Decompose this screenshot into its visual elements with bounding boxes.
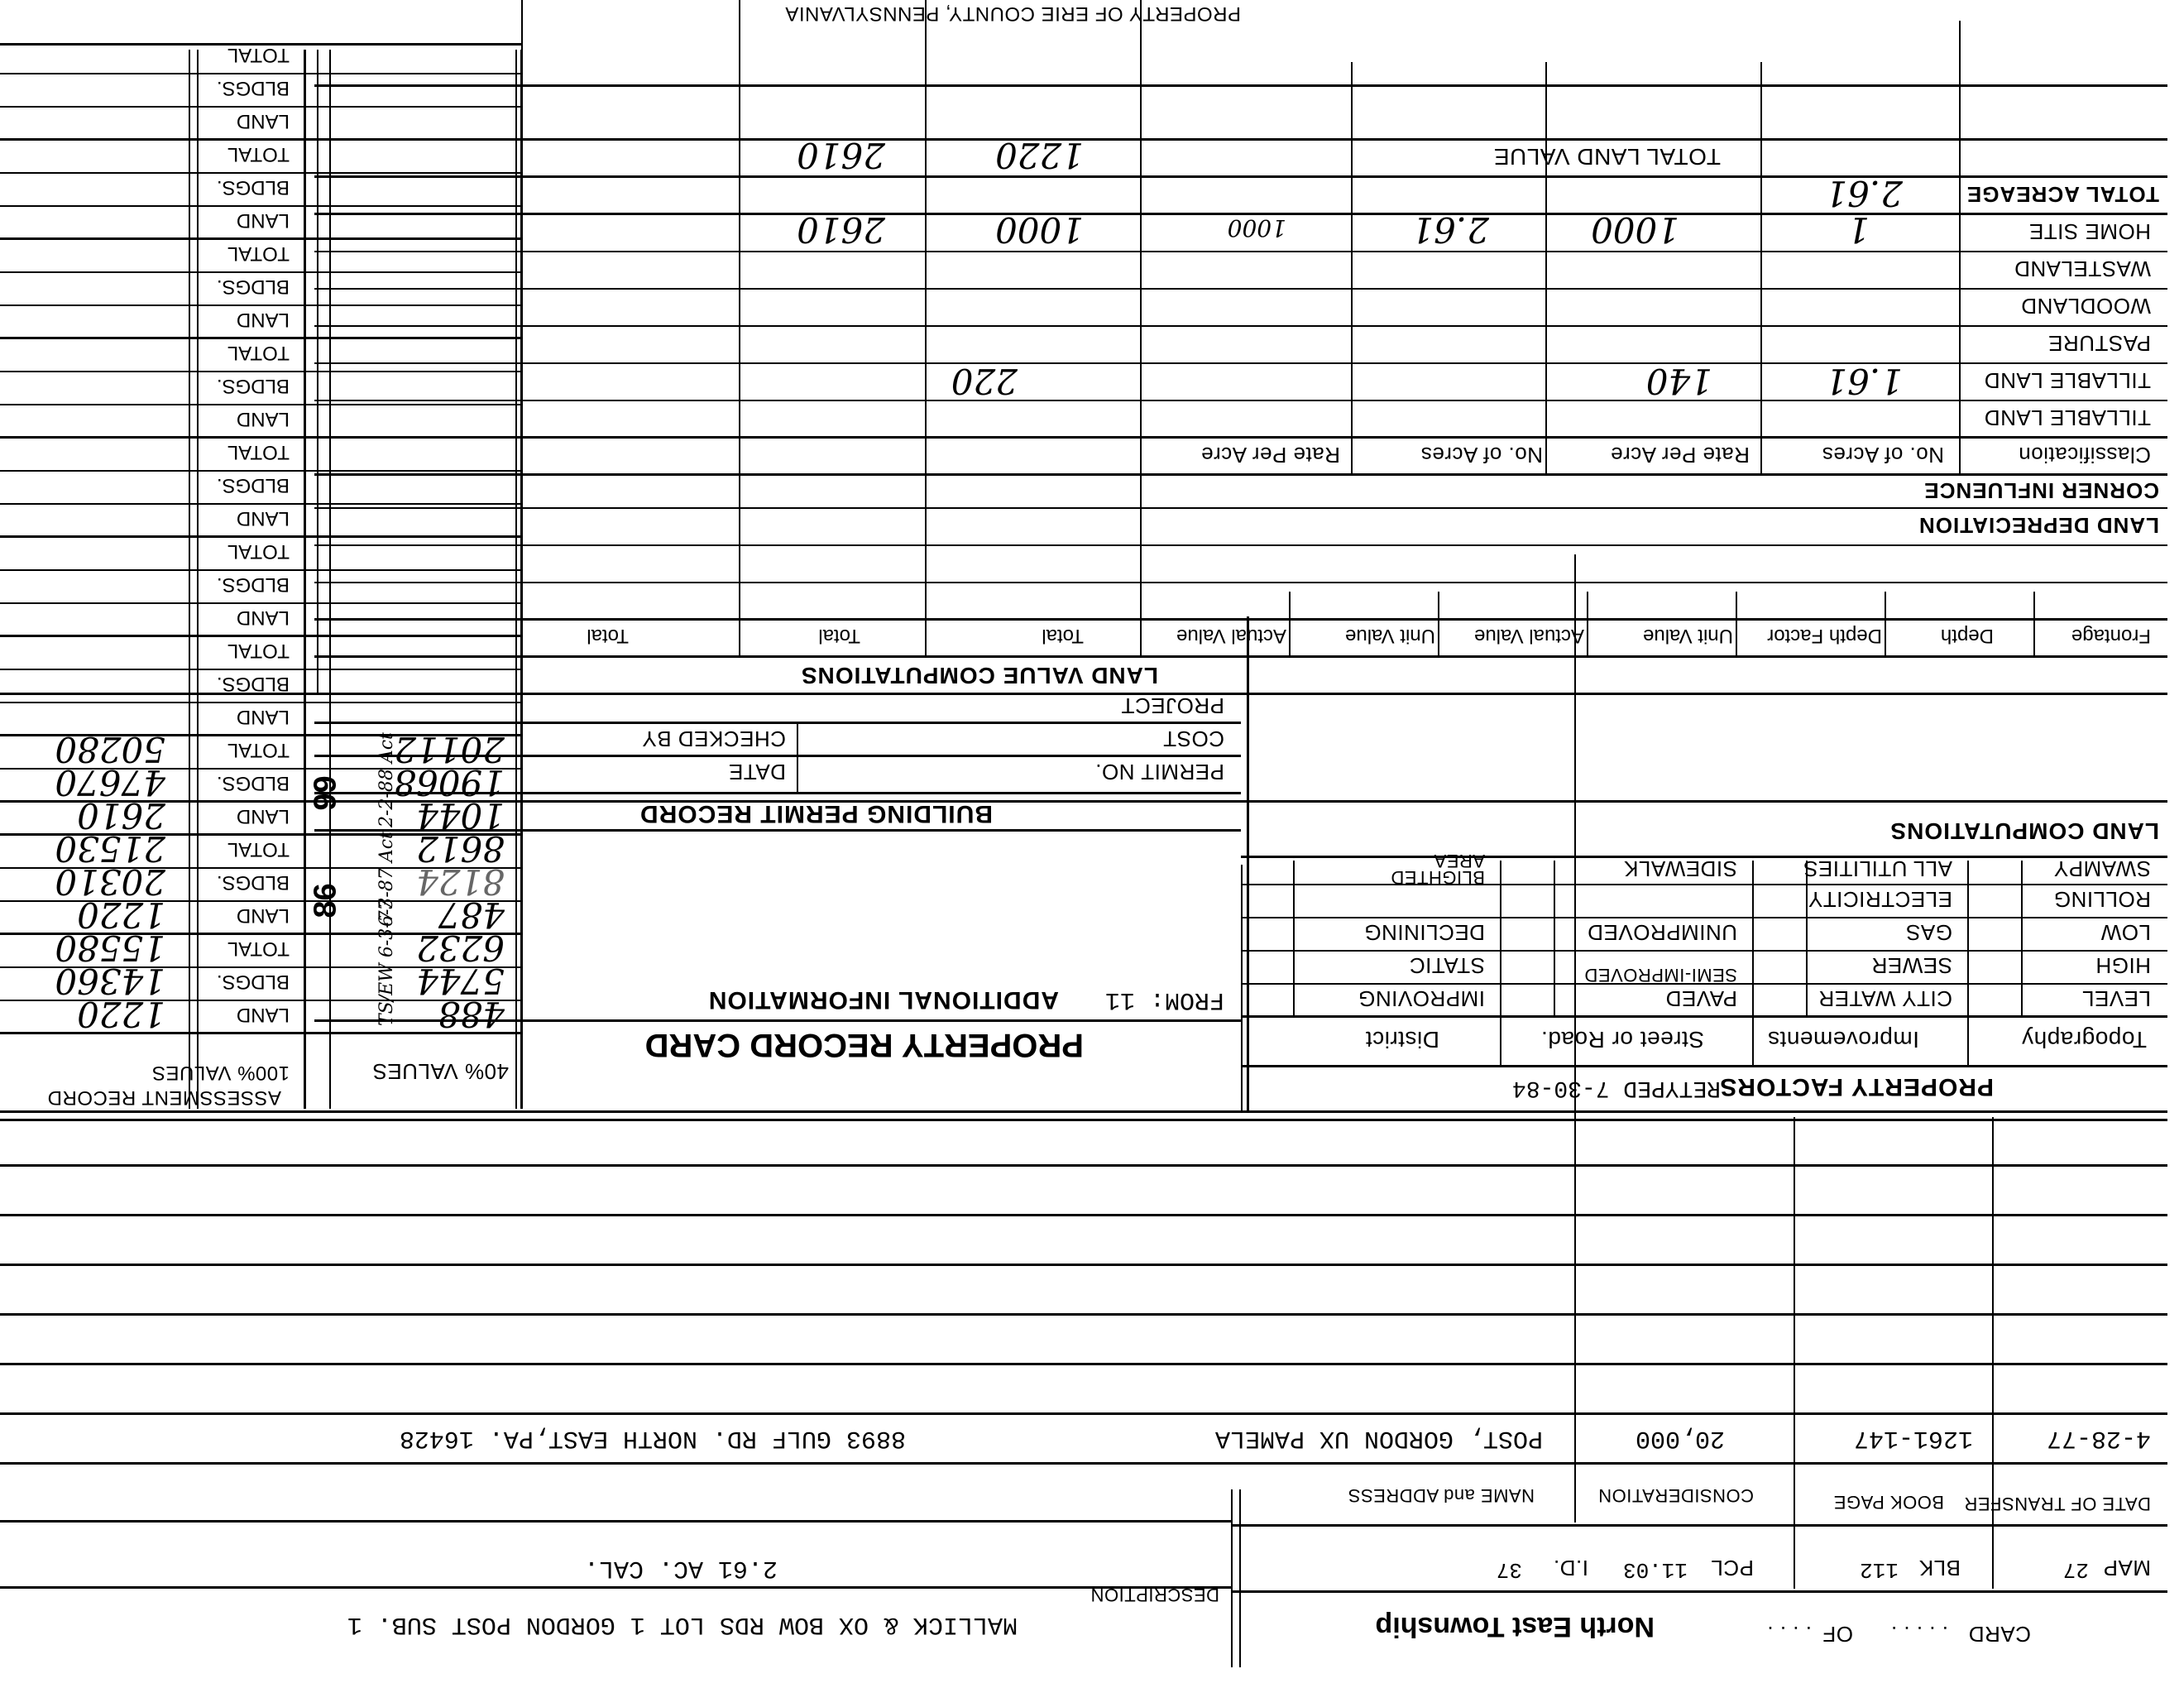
corner-influence-label: CORNER INFLUENCE	[1923, 477, 2159, 503]
imp-gas[interactable]: GAS	[1906, 919, 1952, 945]
form-title: PROPERTY RECORD CARD	[645, 1026, 1084, 1063]
land-value-computations-title: LAND VALUE COMPUTATIONS	[801, 662, 1158, 688]
pcl-value: 11.03	[1623, 1557, 1688, 1582]
blk-label: BLK	[1918, 1555, 1961, 1580]
map-label: MAP	[2103, 1555, 2151, 1580]
row-label-total: TOTAL	[227, 639, 290, 662]
topo-rolling[interactable]: ROLLING	[2053, 886, 2151, 912]
imp-electricity[interactable]: ELECTRICITY	[1808, 886, 1952, 912]
actual-value-header-2: Actual Value	[1176, 624, 1286, 647]
property-record-card: PROPERTY OF ERIE COUNTY, PENNSYLVANIA CA…	[0, 0, 2184, 1688]
row-label-bldgs: BLDGS.	[217, 374, 290, 397]
row-label-land: LAND	[237, 904, 290, 927]
district-improving[interactable]: IMPROVING	[1358, 985, 1485, 1011]
row-label-bldgs: BLDGS.	[217, 870, 290, 894]
g2-stamp: 86	[308, 883, 343, 918]
map-value: 27	[2063, 1557, 2089, 1582]
rate-header-1: Rate Per Acre	[1611, 442, 1750, 468]
pcl-label: PCL	[1711, 1555, 1754, 1580]
row-label-land: LAND	[237, 1003, 290, 1026]
home-site-acres-2: 2.61	[1411, 209, 1489, 250]
row-label-total: TOTAL	[227, 937, 290, 960]
row-label-total: TOTAL	[227, 837, 290, 861]
retyped-note: RETYPED 7-30-84	[1512, 1075, 1721, 1101]
row-label-bldgs: BLDGS.	[217, 76, 290, 99]
class-home-site: HOME SITE	[2028, 218, 2151, 244]
transfer-date-header: DATE OF TRANSFER	[1964, 1494, 2151, 1513]
district-static[interactable]: STATIC	[1409, 952, 1485, 978]
factor-header-topography: Topography	[2022, 1026, 2147, 1053]
frontage-header: Frontage	[2071, 624, 2151, 647]
property-of-label: PROPERTY OF ERIE COUNTY, PENNSYLVANIA	[785, 2, 1241, 25]
transfer-address: 8893 GULF RD. NORTH EAST,PA. 16428	[400, 1424, 906, 1452]
id-label: I.D.	[1554, 1555, 1588, 1580]
depth-header: Depth	[1941, 624, 1994, 647]
transfer-date: 4-28-77	[2047, 1424, 2151, 1452]
transfer-consideration: 20,000	[1636, 1424, 1725, 1452]
row-label-bldgs: BLDGS.	[217, 771, 290, 794]
from-note: FROM: 11	[1105, 985, 1224, 1014]
acres-header-1: No. of Acres	[1822, 442, 1944, 468]
topo-low[interactable]: LOW	[2100, 919, 2151, 945]
home-site-acres: 1	[1847, 209, 1870, 250]
blk-value: 112	[1860, 1557, 1899, 1582]
actual-value-header-1: Actual Value	[1474, 624, 1584, 647]
transfer-name-header: NAME and ADDRESS	[1348, 1484, 1535, 1506]
row-label-total: TOTAL	[227, 341, 290, 364]
row-label-bldgs: BLDGS.	[217, 473, 290, 496]
id-value: 37	[1497, 1557, 1522, 1582]
topo-level[interactable]: LEVEL	[2082, 985, 2151, 1011]
of-label: OF	[1822, 1621, 1853, 1647]
additional-info-title: ADDITIONAL INFORMATION	[708, 985, 1059, 1014]
description-line2: 2.61 AC. CAL.	[584, 1554, 778, 1582]
transfer-consideration-header: CONSIDERATION	[1598, 1484, 1754, 1506]
imp-sewer[interactable]: SEWER	[1871, 952, 1952, 978]
street-sidewalk[interactable]: SIDEWALK	[1624, 856, 1737, 881]
g3-stamp: 99	[308, 775, 343, 810]
row-label-total: TOTAL	[227, 738, 290, 761]
street-paved[interactable]: PAVED	[1665, 985, 1737, 1011]
classification-header: Classification	[2019, 442, 2151, 468]
factor-header-street: Street or Road.	[1541, 1026, 1704, 1053]
topo-swampy[interactable]: SWAMPY	[2053, 856, 2151, 881]
description-line1: MALLICK & OX BOW RDS LOT 1 GORDON POST S…	[347, 1610, 1018, 1638]
row-label-total: TOTAL	[227, 539, 290, 563]
property-factors-title: PROPERTY FACTORS	[1719, 1072, 1994, 1101]
tillable-total: 220	[951, 361, 1018, 401]
row-label-total: TOTAL	[227, 43, 290, 66]
unit-value-header-2: Unit Value	[1345, 624, 1435, 647]
home-site-rate-2: 1000	[1228, 214, 1286, 242]
total-header-3: Total	[587, 624, 629, 647]
class-wasteland: WASTELAND	[2014, 256, 2151, 281]
depth-factor-header: Depth Factor	[1767, 624, 1882, 647]
home-site-rate: 1000	[1591, 209, 1679, 250]
imp-city-water[interactable]: CITY WATER	[1818, 985, 1952, 1011]
row-label-land: LAND	[237, 209, 290, 232]
class-woodland: WOODLAND	[2021, 293, 2151, 319]
row-label-total: TOTAL	[227, 440, 290, 463]
district-declining[interactable]: DECLINING	[1364, 919, 1485, 945]
total-land-value-2: 2610	[797, 135, 885, 175]
transfer-book-page: 1261-147	[1854, 1424, 1973, 1452]
permit-cost-label: COST	[1163, 726, 1224, 751]
class-tillable-1: TILLABLE LAND	[1984, 405, 2151, 430]
row-label-bldgs: BLDGS.	[217, 275, 290, 298]
row-label-bldgs: BLDGS.	[217, 970, 290, 993]
row-label-bldgs: BLDGS.	[217, 175, 290, 199]
row-label-total: TOTAL	[227, 242, 290, 265]
g3-note: 2-2-88 Act	[376, 732, 397, 827]
total-land-value-1: 1220	[995, 135, 1084, 175]
row-label-bldgs: BLDGS.	[217, 672, 290, 695]
factor-header-improvements: Improvements	[1768, 1026, 1919, 1053]
unit-value-header-1: Unit Value	[1643, 624, 1733, 647]
g2-note: 6-3-87 Act	[376, 832, 397, 927]
checked-by-label: CHECKED BY	[642, 726, 786, 751]
total-header-2: Total	[818, 624, 860, 647]
col-100-values: 100% VALUES	[152, 1061, 290, 1084]
home-site-total-1: 1000	[995, 209, 1084, 250]
township-name: North East Township	[1376, 1610, 1655, 1642]
tillable-acres: 1.61	[1825, 361, 1903, 401]
row-label-land: LAND	[237, 606, 290, 629]
total-header-1: Total	[1042, 624, 1084, 647]
building-permit-title: BUILDING PERMIT RECORD	[639, 799, 993, 827]
transfer-book-header: BOOK PAGE	[1833, 1491, 1944, 1513]
row-label-bldgs: BLDGS.	[217, 573, 290, 596]
street-unimproved[interactable]: UNIMPROVED	[1588, 919, 1737, 945]
total-acreage-label: TOTAL ACREAGE	[1966, 181, 2159, 207]
row-label-land: LAND	[237, 804, 290, 827]
row-label-land: LAND	[237, 308, 290, 331]
imp-all-utilities[interactable]: ALL UTILITIES	[1803, 856, 1952, 881]
permit-date-label: DATE	[729, 759, 786, 784]
acres-header-2: No. of Acres	[1420, 442, 1543, 468]
card-label: CARD	[1968, 1621, 2031, 1647]
land-computations-title: LAND COMPUTATIONS	[1890, 818, 2160, 844]
street-semi-improved[interactable]: SEMI-IMPROVED	[1572, 966, 1737, 983]
total-land-value-label: TOTAL LAND VALUE	[1493, 143, 1721, 170]
assessment-title: ASSESSMENT RECORD	[47, 1086, 281, 1109]
row-label-land: LAND	[237, 109, 290, 132]
rate-header-2: Rate Per Acre	[1201, 442, 1340, 468]
project-label: PROJECT	[1121, 693, 1224, 718]
class-tillable-2: TILLABLE LAND	[1984, 367, 2151, 393]
row-label-land: LAND	[237, 407, 290, 430]
land-depreciation-label: LAND DEPRECIATION	[1918, 512, 2159, 538]
topo-high[interactable]: HIGH	[2095, 952, 2151, 978]
row-label-total: TOTAL	[227, 142, 290, 165]
tillable-rate: 140	[1646, 361, 1712, 401]
home-site-total-2: 2610	[797, 209, 885, 250]
permit-no-label: PERMIT NO.	[1095, 759, 1224, 784]
factor-header-district: District	[1365, 1026, 1439, 1053]
transfer-name: POST, GORDON UX PAMELA	[1215, 1424, 1543, 1452]
col-40-values: 40% VALUES	[372, 1058, 509, 1084]
row-label-land: LAND	[237, 705, 290, 728]
total-acreage-value: 2.61	[1825, 173, 1903, 213]
row-label-land: LAND	[237, 506, 290, 530]
class-pasture: PASTURE	[2048, 330, 2151, 356]
